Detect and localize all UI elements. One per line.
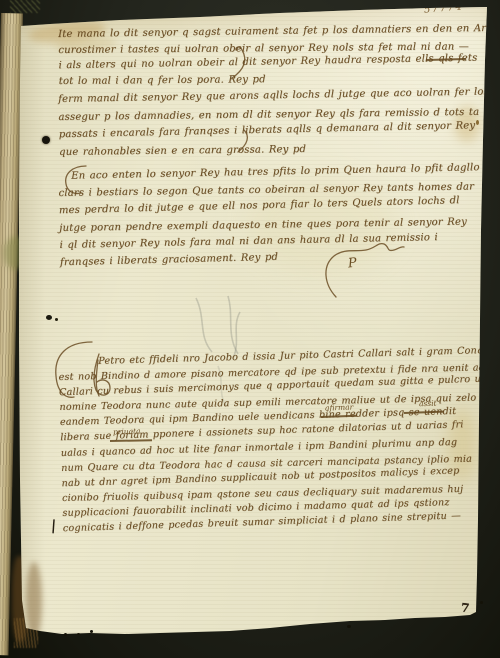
speck <box>480 601 483 604</box>
margin-tally-mark: | <box>50 518 56 534</box>
wormhole <box>42 136 50 144</box>
interlinear-correction: assit <box>419 399 437 409</box>
entry-paragraph-2: ferm manal dit senyor Rey que arons aqll… <box>58 83 500 161</box>
bottom-corner-pen-mark: 7 <box>460 601 470 616</box>
entry-paragraph-1: Ite mana lo dit senyor q sagst cuirament… <box>58 21 500 89</box>
wormhole <box>46 315 52 320</box>
wormhole <box>55 318 58 321</box>
parchment-page: 57774 Ite mana lo dit senyor q sagst cui… <box>0 0 500 658</box>
notarial-paraph: P <box>347 256 357 272</box>
speck <box>77 633 80 635</box>
manuscript-photo: 57774 Ite mana lo dit senyor q sagst cui… <box>0 0 500 658</box>
interlinear-correction: priuata <box>113 427 141 437</box>
entry-paragraph-3: En aco enten lo senyor Rey hau tres pfit… <box>58 159 482 271</box>
speck <box>64 633 67 636</box>
speck <box>347 625 351 628</box>
stain <box>26 562 42 640</box>
binding-fibers <box>10 0 40 13</box>
interlinear-correction: afirmar <box>325 403 354 413</box>
speck <box>90 630 93 633</box>
